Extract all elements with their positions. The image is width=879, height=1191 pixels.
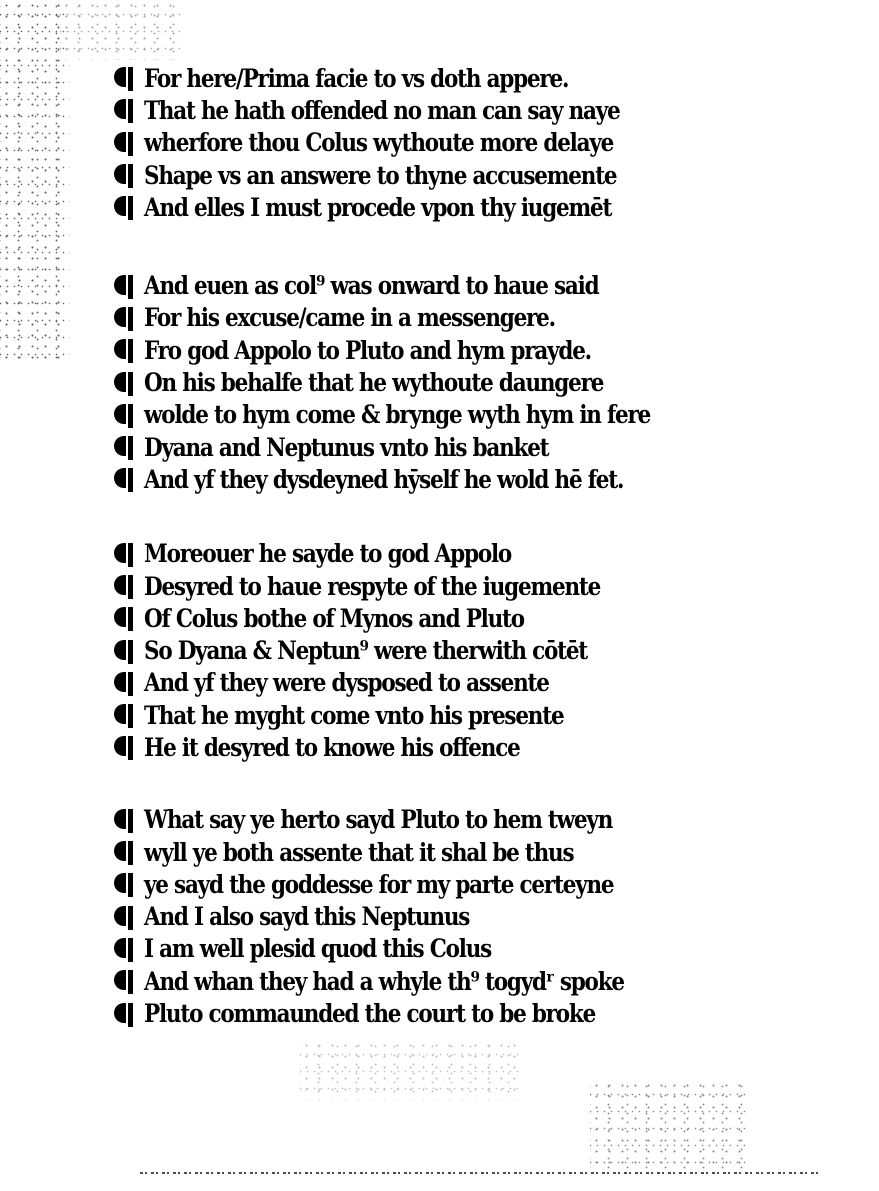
verse-line: So Dyana & Neptun⁹ were therwith cōtēt — [112, 634, 712, 666]
capitulum-icon — [112, 1001, 138, 1027]
verse-line-text: And yf they were dysposed to assente — [144, 670, 549, 695]
verse-line-text: Of Colus bothe of Mynos and Pluto — [144, 606, 524, 631]
capitulum-icon — [112, 573, 138, 599]
verse-line: And yf they were dysposed to assente — [112, 667, 712, 699]
verse-line-text: Shape vs an answere to thyne accusemente — [144, 163, 616, 188]
verse-line: Desyred to haue respyte of the iugemente — [112, 570, 712, 602]
verse-line-text: For here/Prima facie to vs doth appere. — [144, 66, 568, 91]
verse-line: And I also sayd this Neptunus — [112, 901, 712, 933]
verse-line: For here/Prima facie to vs doth appere. — [112, 62, 712, 94]
verse-line-text: On his behalfe that he wythoute daungere — [144, 370, 603, 395]
capitulum-icon — [112, 273, 138, 299]
verse-line-text: Dyana and Neptunus vnto his banket — [144, 435, 548, 460]
capitulum-icon — [112, 936, 138, 962]
verse-line: wherfore thou Colus wythoute more delaye — [112, 127, 712, 159]
capitulum-icon — [112, 734, 138, 760]
verse-line-text: And whan they had a whyle th⁹ togydʳ spo… — [144, 969, 624, 994]
scan-speckle-top — [60, 0, 180, 60]
capitulum-icon — [112, 97, 138, 123]
stanza-1: For here/Prima facie to vs doth appere. … — [112, 62, 712, 223]
verse-line: For his excuse/came in a messengere. — [112, 302, 712, 334]
verse-line-text: What say ye herto sayd Pluto to hem twey… — [144, 807, 612, 832]
verse-line: What say ye herto sayd Pluto to hem twey… — [112, 804, 712, 836]
verse-line: And yf they dysdeyned hȳself he wold hē … — [112, 463, 712, 495]
verse-line-text: Pluto commaunded the court to be broke — [144, 1001, 595, 1026]
stanza-2: And euen as col⁹ was onward to haue said… — [112, 269, 712, 495]
capitulum-icon — [112, 968, 138, 994]
verse-line: And euen as col⁹ was onward to haue said — [112, 269, 712, 301]
capitulum-icon — [112, 305, 138, 331]
capitulum-icon — [112, 839, 138, 865]
verse-line-text: Fro god Appolo to Pluto and hym prayde. — [144, 338, 591, 363]
capitulum-icon — [112, 466, 138, 492]
verse-line-text: Moreouer he sayde to god Appolo — [144, 541, 511, 566]
capitulum-icon — [112, 904, 138, 930]
capitulum-icon — [112, 434, 138, 460]
verse-line-text: He it desyred to knowe his offence — [144, 735, 520, 760]
verse-line-text: And I also sayd this Neptunus — [144, 904, 469, 929]
verse-line-text: And euen as col⁹ was onward to haue said — [144, 273, 598, 298]
verse-line: Of Colus bothe of Mynos and Pluto — [112, 602, 712, 634]
capitulum-icon — [112, 370, 138, 396]
capitulum-icon — [112, 402, 138, 428]
stanza-4: What say ye herto sayd Pluto to hem twey… — [112, 804, 712, 1030]
capitulum-icon — [112, 638, 138, 664]
verse-line: And elles I must procede vpon thy iugemē… — [112, 191, 712, 223]
verse-line-text: wherfore thou Colus wythoute more delaye — [144, 130, 613, 155]
verse-line: That he myght come vnto his presente — [112, 699, 712, 731]
verse-line-text: And yf they dysdeyned hȳself he wold hē … — [144, 467, 623, 492]
stanza-3: Moreouer he sayde to god Appolo Desyred … — [112, 538, 712, 764]
verse-line-text: ye sayd the goddesse for my parte certey… — [144, 872, 613, 897]
verse-line: Shape vs an answere to thyne accusemente — [112, 159, 712, 191]
verse-line: I am well plesid quod this Colus — [112, 933, 712, 965]
verse-line: ye sayd the goddesse for my parte certey… — [112, 868, 712, 900]
verse-line: wyll ye both assente that it shal be thu… — [112, 836, 712, 868]
verse-line-text: That he myght come vnto his presente — [144, 703, 563, 728]
verse-line: wolde to hym come & brynge wyth hym in f… — [112, 399, 712, 431]
verse-line: Dyana and Neptunus vnto his banket — [112, 431, 712, 463]
verse-line-text: For his excuse/came in a messengere. — [144, 305, 555, 330]
verse-line-text: And elles I must procede vpon thy iugemē… — [144, 195, 611, 220]
verse-line-text: That he hath offended no man can say nay… — [144, 98, 620, 123]
capitulum-icon — [112, 65, 138, 91]
verse-line-text: So Dyana & Neptun⁹ were therwith cōtēt — [144, 638, 587, 663]
capitulum-icon — [112, 670, 138, 696]
verse-line: Pluto commaunded the court to be broke — [112, 997, 712, 1029]
capitulum-icon — [112, 541, 138, 567]
verse-line: Moreouer he sayde to god Appolo — [112, 538, 712, 570]
verse-line: That he hath offended no man can say nay… — [112, 94, 712, 126]
verse-line: He it desyred to knowe his offence — [112, 731, 712, 763]
page-bottom-edge — [140, 1172, 820, 1174]
verse-line-text: I am well plesid quod this Colus — [144, 936, 491, 961]
verse-text-block: For here/Prima facie to vs doth appere. … — [112, 62, 712, 1059]
verse-line: And whan they had a whyle th⁹ togydʳ spo… — [112, 965, 712, 997]
verse-line: On his behalfe that he wythoute daungere — [112, 366, 712, 398]
capitulum-icon — [112, 337, 138, 363]
capitulum-icon — [112, 130, 138, 156]
capitulum-icon — [112, 605, 138, 631]
scan-speckle-bottom-right — [590, 1080, 750, 1170]
verse-line-text: wolde to hym come & brynge wyth hym in f… — [144, 402, 650, 427]
capitulum-icon — [112, 702, 138, 728]
verse-line-text: Desyred to haue respyte of the iugemente — [144, 574, 600, 599]
verse-line-text: wyll ye both assente that it shal be thu… — [144, 840, 573, 865]
scanned-page: For here/Prima facie to vs doth appere. … — [0, 0, 879, 1191]
capitulum-icon — [112, 194, 138, 220]
verse-line: Fro god Appolo to Pluto and hym prayde. — [112, 334, 712, 366]
capitulum-icon — [112, 162, 138, 188]
capitulum-icon — [112, 871, 138, 897]
capitulum-icon — [112, 807, 138, 833]
